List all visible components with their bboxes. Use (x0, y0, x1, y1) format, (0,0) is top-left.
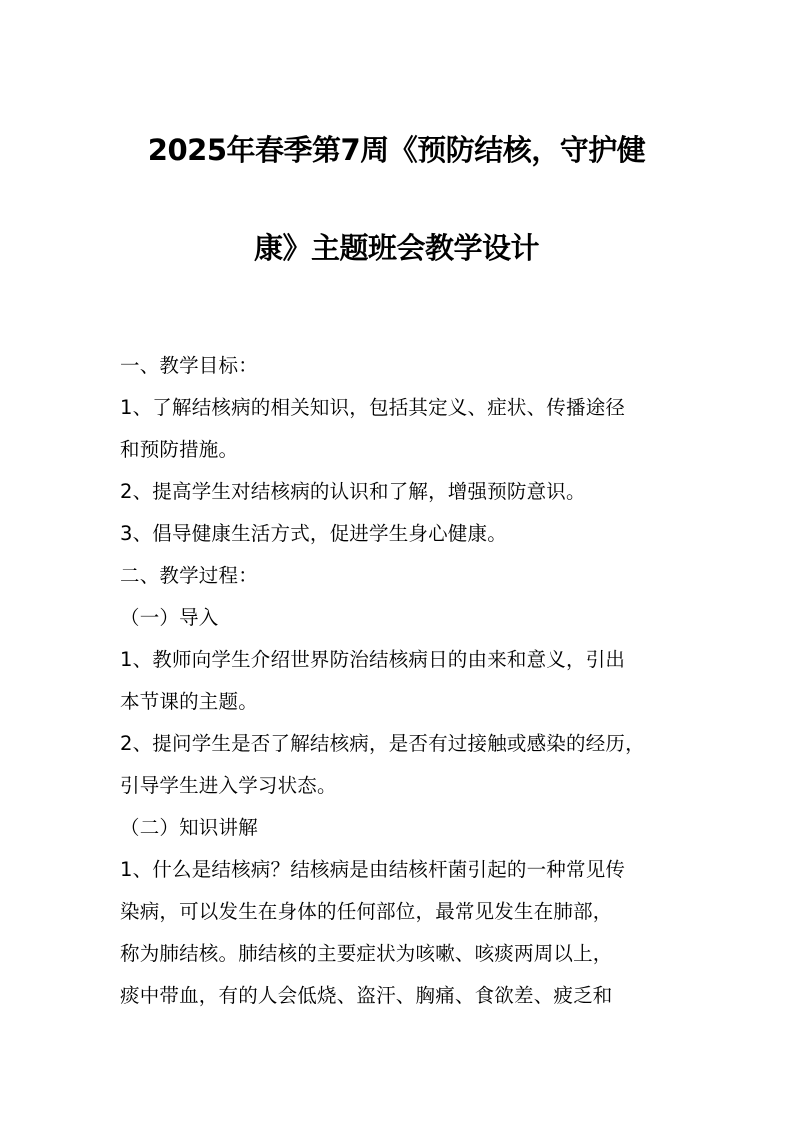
paragraph-line: 1、什么是结核病？结核病是由结核杆菌引起的一种常见传 (120, 857, 700, 883)
section-heading-objectives: 一、教学目标： (120, 353, 700, 379)
document-page: 2025年春季第7周《预防结核，守护健 康》主题班会教学设计 一、教学目标： 1… (0, 0, 793, 1122)
paragraph-line: 引导学生进入学习状态。 (120, 773, 700, 799)
paragraph-line: 2、提高学生对结核病的认识和了解，增强预防意识。 (120, 479, 700, 505)
paragraph-line: 2、提问学生是否了解结核病，是否有过接触或感染的经历， (120, 731, 700, 757)
paragraph-line: 1、了解结核病的相关知识，包括其定义、症状、传播途径 (120, 395, 700, 421)
paragraph-line: 染病，可以发生在身体的任何部位，最常见发生在肺部， (120, 899, 700, 925)
document-title-line-2: 康》主题班会教学设计 (0, 230, 793, 266)
section-heading-process: 二、教学过程： (120, 563, 700, 589)
paragraph-line: 本节课的主题。 (120, 689, 700, 715)
paragraph-line: 和预防措施。 (120, 437, 700, 463)
subsection-heading-intro: （一）导入 (120, 605, 700, 631)
document-title-line-1: 2025年春季第7周《预防结核，守护健 (0, 132, 793, 168)
paragraph-line: 痰中带血，有的人会低烧、盗汗、胸痛、食欲差、疲乏和 (120, 983, 700, 1009)
paragraph-line: 1、教师向学生介绍世界防治结核病日的由来和意义，引出 (120, 647, 700, 673)
paragraph-line: 称为肺结核。肺结核的主要症状为咳嗽、咳痰两周以上， (120, 941, 700, 967)
paragraph-line: 3、倡导健康生活方式，促进学生身心健康。 (120, 521, 700, 547)
subsection-heading-knowledge: （二）知识讲解 (120, 815, 700, 841)
